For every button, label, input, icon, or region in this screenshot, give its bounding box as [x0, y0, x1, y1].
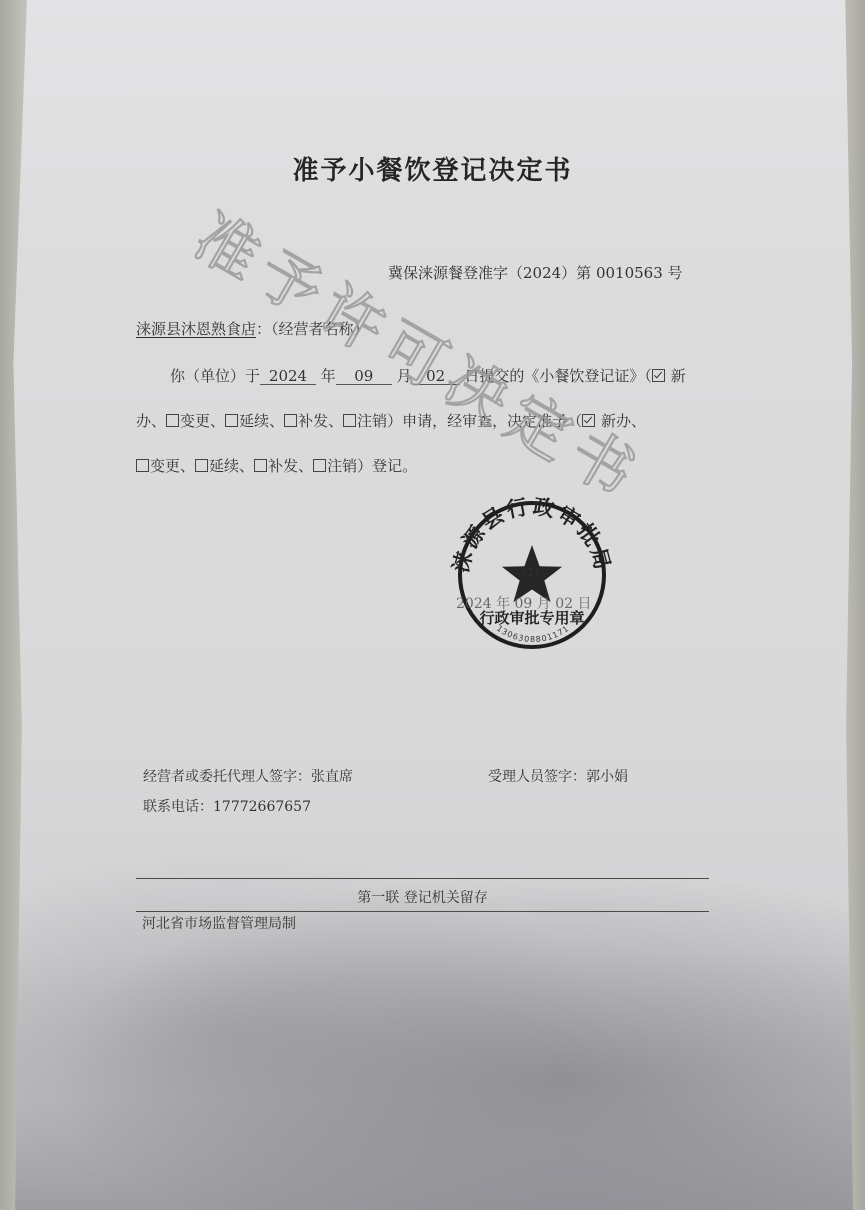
reference-number: 冀保涞源餐登准字（2024）第 0010563 号: [388, 262, 683, 283]
app-checkbox-2: [225, 414, 238, 427]
decision-checkbox-0: [582, 414, 595, 427]
separator: 、: [210, 412, 225, 430]
body-line-2: 办、变更、延续、补发、注销）申请，经审查，决定准予（ 新办、: [136, 410, 646, 431]
decision-option-2-label: 延续: [209, 457, 239, 475]
app-option-4-label: 注销: [357, 412, 387, 430]
submit-month: 09: [336, 368, 392, 385]
applicant-name: 张直席: [311, 769, 353, 785]
operator-line: 涞源县沐恩熟食店：（经营者名称）: [136, 318, 369, 339]
decision-option-1-label: 变更: [150, 457, 180, 475]
app-checkbox-0: [652, 369, 665, 382]
body-line-1: 你（单位）于2024 年09 月02 日提交的《小餐饮登记证》（ 新: [170, 365, 686, 386]
decision-checkbox-1: [136, 459, 149, 472]
separator: 、: [631, 412, 646, 430]
document-maker: 河北省市场监督管理局制: [142, 913, 296, 933]
year-unit: 年: [321, 367, 336, 385]
applicant-label: 经营者或委托代理人签字：: [143, 769, 311, 785]
stamp-date: 2024 年 09 月 02 日: [456, 593, 592, 613]
decision-option-0-label: 新办: [601, 412, 631, 430]
decision-option-4-label: 注销: [327, 457, 357, 475]
submit-year: 2024: [260, 368, 316, 385]
operator-suffix: ：（经营者名称）: [256, 320, 369, 338]
contact-phone: 联系电话：17772667657: [143, 796, 311, 816]
footer-divider-bottom: [136, 911, 709, 912]
handler-name: 郭小娟: [586, 769, 628, 785]
decision-checkbox-3: [254, 459, 267, 472]
copy-label: 第一联 登记机关留存: [0, 887, 845, 907]
body-prefix: 你（单位）于: [170, 367, 260, 385]
decision-checkbox-4: [313, 459, 326, 472]
separator: 、: [151, 412, 166, 430]
separator: 、: [328, 412, 343, 430]
handler-label: 受理人员签字：: [488, 769, 586, 785]
operator-name: 涞源县沐恩熟食店: [136, 320, 256, 338]
decision-option-3-label: 补发: [268, 457, 298, 475]
app-checkbox-3: [284, 414, 297, 427]
submit-day: 02: [412, 368, 460, 385]
document-title: 准予小餐饮登记决定书: [0, 150, 865, 187]
app-checkbox-4: [343, 414, 356, 427]
phone-label: 联系电话：: [143, 799, 213, 815]
app-option-0-label-part2: 办: [136, 412, 151, 430]
body-line-3: 变更、延续、补发、注销）登记。: [136, 455, 417, 476]
separator: 、: [269, 412, 284, 430]
separator: 、: [239, 457, 254, 475]
decision-checkbox-2: [195, 459, 208, 472]
body-ending: ）登记。: [357, 457, 417, 475]
app-option-1-label: 变更: [180, 412, 210, 430]
applicant-signature: 经营者或委托代理人签字：张直席: [143, 766, 353, 786]
app-option-2-label: 延续: [239, 412, 269, 430]
month-unit: 月: [397, 367, 412, 385]
app-option-3-label: 补发: [298, 412, 328, 430]
handler-signature: 受理人员签字：郭小娟: [488, 766, 628, 786]
body-middle: ）申请，经审查，决定准予（: [387, 412, 582, 430]
separator: 、: [180, 457, 195, 475]
separator: 、: [298, 457, 313, 475]
app-checkbox-1: [166, 414, 179, 427]
phone-number: 17772667657: [213, 799, 311, 815]
footer-divider-top: [136, 878, 709, 879]
day-unit: 日提交的《小餐饮登记证》（: [464, 367, 652, 385]
app-option-0-label-part1: 新: [671, 367, 686, 385]
